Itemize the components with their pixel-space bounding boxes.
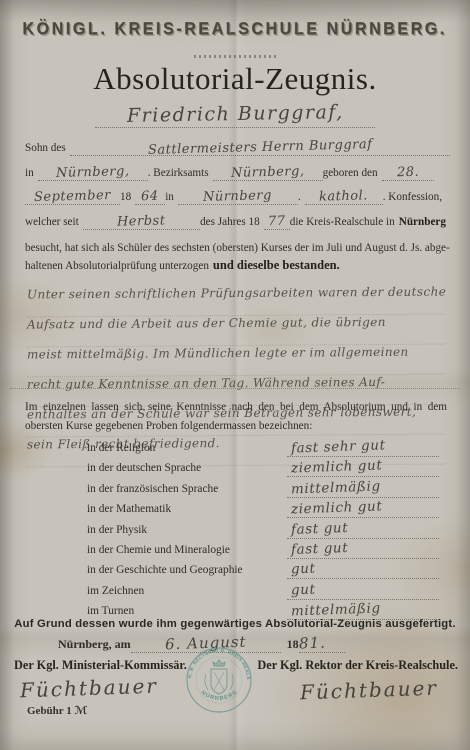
entry-term-value: Herbst [117,213,166,229]
grade-cell: fast gut [287,540,439,559]
grade-cell: ziemlich gut [287,458,439,477]
personal-data-form: Sohn des Sattlermeisters Herrn Burggraf … [25,140,450,278]
commissioner-title: Der Kgl. Ministerial-Kommissär. [14,658,187,673]
field-district: Nürnberg, [213,165,323,181]
remarks-line: meist mittelmäßig. Im Mündlichen legte e… [27,345,445,378]
form-row-entry: welcher seit Herbst des Jahres 18 77 die… [25,214,450,239]
grade-row-chemie: in der Chemie und Mineralogie fast gut [25,540,449,560]
fee-note: Gebühr 1 ℳ [27,704,88,717]
certificate-document: KÖNIGL. KREIS-REALSCHULE NÜRNBERG. Absol… [0,0,470,750]
grade-row-zeichnen: im Zeichnen gut [25,581,449,601]
label-bezirksamt: . Bezirksamts [148,167,213,179]
grade-row-deutsch: in der deutschen Sprache ziemlich gut [25,458,449,478]
district-value: Nürnberg, [231,164,305,181]
field-residence: Nürnberg, [38,165,148,181]
grade-row-franzoesisch: in der französischen Sprache mittelmäßig [25,479,449,499]
grade-value: mittelmäßig [287,600,381,619]
grades-intro: Im einzelnen lassen sich seine Kenntniss… [25,398,447,436]
besucht-text: besucht, hat sich als Schüler des sechst… [25,242,450,254]
school-header: KÖNIGL. KREIS-REALSCHULE NÜRNBERG. [0,20,470,40]
field-entry-year: 77 [264,214,290,230]
rector-title: Der Kgl. Rektor der Kreis-Realschule. [257,658,458,673]
label-seit: welcher seit [25,216,83,228]
form-row-bestanden: haltenen Absolutorialprüfung unterzogen … [25,258,450,278]
seal-bottom-text: NÜRNBERG [200,689,239,702]
subject-label: in der Physik [25,524,287,536]
commissioner-signature: Füchtbauer [20,674,159,703]
field-birthday: 28. [382,165,434,181]
subject-label: in der deutschen Sprache [25,462,287,474]
label-in2: in [165,191,178,203]
grade-value: fast sehr gut [287,437,386,456]
issue-year-value: 81. [298,634,325,653]
halten-text: haltenen Absolutorialprüfung unterzogen [25,260,213,272]
grade-value: mittelmäßig [287,478,381,497]
field-entry-term: Herbst [83,214,200,230]
label-18: 18 [120,191,135,203]
field-birthmonth: September [25,189,120,205]
label-city-date: Nürnberg, am [58,637,131,652]
form-row-besucht: besucht, hat sich als Schüler des sechst… [25,238,450,258]
residence-value: Nürnberg, [56,164,130,181]
rector-signature: Füchtbauer [300,676,439,705]
label-nuernberg-bold: Nürnberg [399,216,450,228]
label-sohn-des: Sohn des [25,142,70,154]
student-name: Friedrich Burggraf, [126,101,343,127]
subject-label: im Turnen [25,605,287,617]
birthyear-value: 64 [141,189,159,204]
seal-coat-of-arms [205,660,233,694]
grade-cell: gut [287,560,439,579]
subject-label: in der Mathematik [25,503,287,515]
subject-label: in der Chemie und Mineralogie [25,544,287,556]
grade-cell: mittelmäßig [287,479,439,498]
label-schule: die Kreis-Realschule in [290,216,399,228]
grade-value: fast gut [287,540,349,558]
grade-row-religion: in der Religion fast sehr gut [25,438,449,458]
birthday-value: 28. [396,164,419,180]
grade-value: ziemlich gut [287,499,383,518]
decorative-divider [194,55,276,58]
field-birthyear: 64 [135,189,165,205]
grade-row-geschichte: in der Geschichte und Geographie gut [25,560,449,580]
form-row-birthdate: September 18 64 in Nürnberg . kathol. . … [25,189,450,214]
grade-cell: ziemlich gut [287,499,439,518]
father-value: Sattlermeisters Herrn Burggraf [147,137,372,158]
grade-value: gut [287,561,316,578]
birthmonth-value: September [34,188,111,205]
grade-value: fast gut [287,519,349,537]
birthtown-value: Nürnberg [203,188,272,205]
subject-label: in der Religion [25,442,287,454]
form-row-birthplace: in Nürnberg, . Bezirksamts Nürnberg, geb… [25,165,450,190]
remarks-line: Unter seinen schriftlichen Prüfungsarbei… [27,285,445,318]
subject-label: in der französischen Sprache [25,483,287,495]
section-divider [10,388,460,389]
grade-row-mathematik: in der Mathematik ziemlich gut [25,499,449,519]
label-in: in [25,167,38,179]
rectorate-seal: K. B. RECTORAT D. KREIS-REALSCHULE NÜRNB… [184,644,254,716]
grade-cell: fast sehr gut [287,438,439,457]
confession-value: kathol. [319,188,368,204]
remarks-line: Aufsatz und die Arbeit aus der Chemie gu… [27,315,445,348]
student-name-field: Friedrich Burggraf, [95,103,375,128]
grade-value: ziemlich gut [287,458,383,477]
grade-cell: fast gut [287,520,439,539]
subject-label: im Zeichnen [25,585,287,597]
grade-cell: gut [287,581,439,600]
document-title: Absolutorial-Zeugnis. [0,61,470,97]
field-issue-year: 81. [299,634,345,653]
label-jahres: des Jahres 18 [200,216,264,228]
field-birthtown: Nürnberg [178,189,298,205]
label-period: . [298,191,305,203]
grade-row-physik: in der Physik fast gut [25,520,449,540]
label-konfession: . Konfession, [383,191,446,203]
grades-table: in der Religion fast sehr gut in der deu… [25,438,449,622]
field-father: Sattlermeisters Herrn Burggraf [70,140,450,156]
grade-value: gut [287,581,316,598]
label-year-prefix: 18 [281,637,299,652]
label-geboren: geboren den [323,167,382,179]
form-row-father: Sohn des Sattlermeisters Herrn Burggraf [25,140,450,165]
subject-label: in der Geschichte und Geographie [25,564,287,576]
svg-text:NÜRNBERG: NÜRNBERG [200,689,239,702]
entry-year-value: 77 [268,213,286,228]
field-confession: kathol. [305,189,383,205]
closing-statement: Auf Grund dessen wurde ihm gegenwärtiges… [0,618,470,630]
bestanden-bold-text: und dieselbe bestanden. [213,258,344,273]
